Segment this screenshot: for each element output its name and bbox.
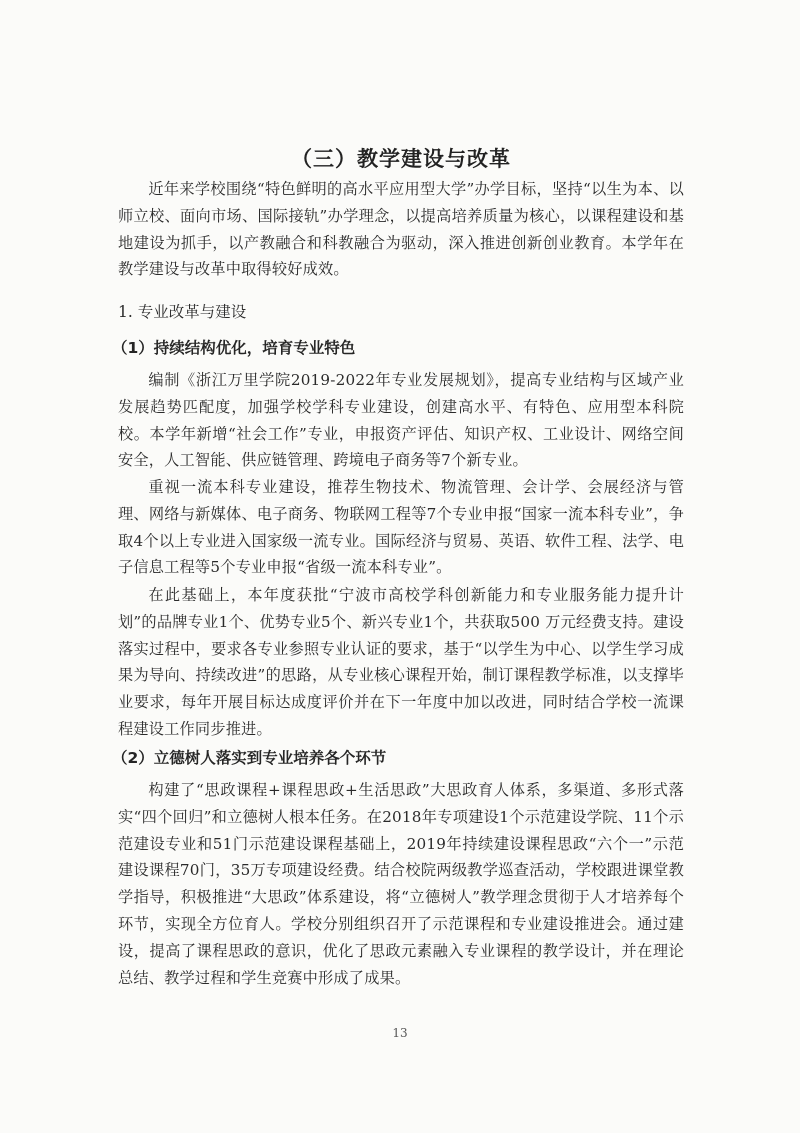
paragraph-first-class-majors: 重视一流本科专业建设，推荐生物技术、物流管理、会计学、会展经济与管理、网络与新媒… bbox=[118, 474, 684, 581]
intro-paragraph: 近年来学校围绕“特色鲜明的高水平应用型大学”办学目标，坚持“以生为本、以师立校、… bbox=[118, 176, 684, 283]
section-title: （三）教学建设与改革 bbox=[118, 143, 684, 173]
subheading-moral-education: （2）立德树人落实到专业培养各个环节 bbox=[112, 745, 386, 771]
page-number: 13 bbox=[0, 1026, 800, 1040]
paragraph-ideological-courses: 构建了“思政课程+课程思政+生活思政”大思政育人体系，多渠道、多形式落实“四个回… bbox=[118, 777, 684, 991]
paragraph-ningbo-plan: 在此基础上，本年度获批“宁波市高校学科创新能力和专业服务能力提升计划”的品牌专业… bbox=[118, 582, 684, 743]
subheading-structure-optimization: （1）持续结构优化，培育专业特色 bbox=[112, 335, 355, 361]
paragraph-development-plan: 编制《浙江万里学院2019-2022年专业发展规划》，提高专业结构与区域产业发展… bbox=[118, 367, 684, 474]
heading-professional-reform: 1. 专业改革与建设 bbox=[118, 299, 246, 325]
